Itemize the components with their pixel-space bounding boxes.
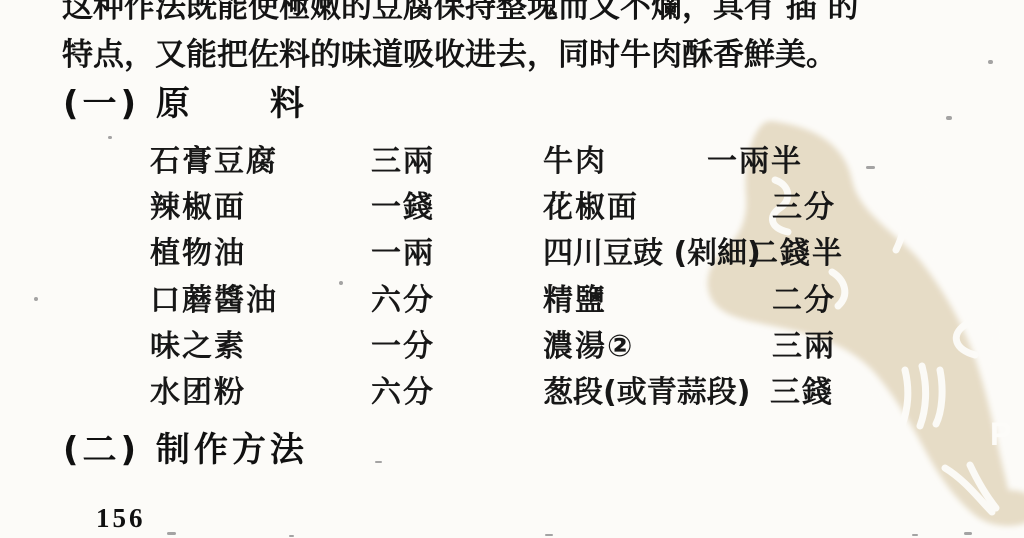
ink-speck <box>964 532 972 535</box>
ink-speck <box>988 60 993 64</box>
ink-speck <box>946 116 952 120</box>
ingredient-qty: 二錢半 <box>748 237 844 271</box>
ingredient-qty: 六分 <box>371 284 435 318</box>
ingredient-name: 辣椒面 <box>150 191 246 225</box>
ingredient-qty: 一分 <box>371 330 435 364</box>
ingredient-name: 植物油 <box>150 237 246 271</box>
ingredient-name: 味之素 <box>150 330 246 364</box>
ingredient-name: 精鹽 <box>543 284 607 318</box>
scanned-page: P 这种作法既能使極嫩的豆腐保持整塊而又不爛，具有 插 的 特点，又能把佐料的味… <box>0 0 1024 538</box>
paragraph-line-2: 特点，又能把佐料的味道吸收进去，同时牛肉酥香鮮美。 <box>62 36 837 74</box>
ingredient-qty: 六分 <box>371 376 435 410</box>
ink-speck <box>34 297 38 301</box>
ingredient-name: 四川豆豉 (剁細) <box>543 237 761 271</box>
ink-speck <box>912 534 918 536</box>
ink-speck <box>108 136 112 139</box>
ingredient-qty: 二分 <box>772 284 836 318</box>
ingredient-qty: 一兩 <box>371 237 435 271</box>
paragraph-line-1: 这种作法既能使極嫩的豆腐保持整塊而又不爛，具有 插 的 <box>62 0 859 26</box>
ingredient-name: 濃湯② <box>543 330 634 364</box>
ink-speck <box>375 461 382 463</box>
ingredient-row: 口蘑醬油 六分 精鹽 二分 <box>0 284 1024 320</box>
ingredient-qty: 三錢 <box>770 376 834 410</box>
ingredient-qty: 一兩半 <box>707 145 803 179</box>
ingredient-qty: 三兩 <box>371 145 435 179</box>
watermark-letter: P <box>990 416 1011 452</box>
ingredient-name: 石膏豆腐 <box>150 145 278 179</box>
ingredient-row: 味之素 一分 濃湯② 三兩 <box>0 330 1024 366</box>
ingredient-name: 葱段(或青蒜段) <box>543 376 750 410</box>
ingredient-name: 花椒面 <box>543 191 639 225</box>
page-number: 156 <box>96 503 146 534</box>
ingredient-row: 水团粉 六分 葱段(或青蒜段) 三錢 <box>0 376 1024 412</box>
ingredient-qty: 一錢 <box>371 191 435 225</box>
ingredient-row: 石膏豆腐 三兩 牛肉 一兩半 <box>0 145 1024 181</box>
ingredient-name: 水团粉 <box>150 376 246 410</box>
ink-speck <box>866 166 875 169</box>
section-heading-ingredients: (一) 原 料 <box>63 84 308 124</box>
ingredient-row: 辣椒面 一錢 花椒面 三分 <box>0 191 1024 227</box>
ink-speck <box>167 532 176 535</box>
ingredient-name: 牛肉 <box>543 145 607 179</box>
section-heading-method: (二) 制作方法 <box>63 430 308 470</box>
ink-speck <box>289 535 294 537</box>
ingredient-name: 口蘑醬油 <box>150 284 278 318</box>
ink-speck <box>545 534 553 536</box>
ink-speck <box>339 281 343 285</box>
ingredient-qty: 三分 <box>772 191 836 225</box>
ingredient-row: 植物油 一兩 四川豆豉 (剁細) 二錢半 <box>0 237 1024 273</box>
ingredient-qty: 三兩 <box>772 330 836 364</box>
